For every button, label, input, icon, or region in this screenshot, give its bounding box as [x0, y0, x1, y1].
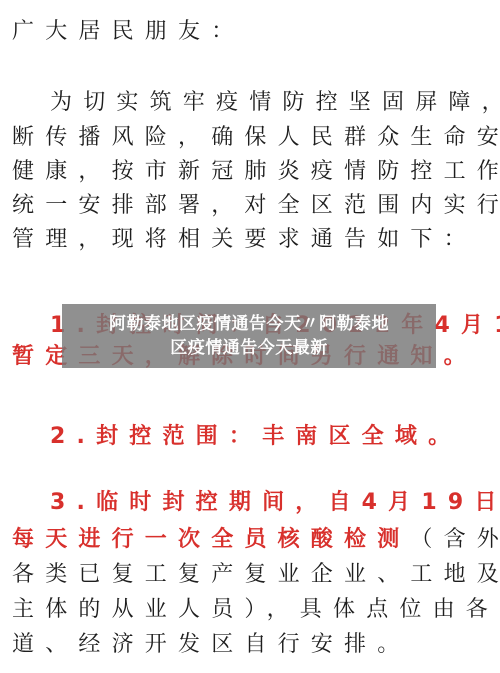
- overlay-title-line-1: 阿勒泰地区疫情通告今天〃阿勒泰地: [62, 312, 436, 336]
- item3-line-1: 3.临时封控期间，自4月19日6时起，: [50, 490, 500, 516]
- intro-line-3: 健康，按市新冠肺炎疫情防控工作总指挥部: [12, 159, 500, 185]
- intro-line-5: 管理，现将相关要求通告如下：: [12, 227, 500, 253]
- item3-line-3: 各类已复工复产复业企业、工地及其他市场: [12, 562, 500, 588]
- item3-line-2-highlight: 每天进行一次全员核酸检测: [12, 527, 410, 552]
- intro-line-2: 断传播风险，确保人民群众生命安全和身体: [12, 125, 500, 151]
- item3-line-2-rest: （含外来人员，: [410, 527, 500, 552]
- title-overlay-banner: 阿勒泰地区疫情通告今天〃阿勒泰地 区疫情通告今天最新: [62, 304, 436, 368]
- greeting: 广大居民朋友：: [12, 19, 500, 45]
- item3-line-4: 主体的从业人员），具体点位由各乡镇、街: [12, 597, 500, 623]
- item2-line: 2.封控范围：丰南区全域。: [50, 424, 500, 450]
- item3-line-5: 道、经济开发区自行安排。: [12, 632, 500, 658]
- intro-line-4: 统一安排部署，对全区范围内实行临时封控: [12, 193, 500, 219]
- intro-line-1: 为切实筑牢疫情防控坚固屏障，及时阻: [50, 90, 500, 116]
- overlay-title-line-2: 区疫情通告今天最新: [62, 336, 436, 360]
- item3-line-2: 每天进行一次全员核酸检测（含外来人员，: [12, 527, 500, 553]
